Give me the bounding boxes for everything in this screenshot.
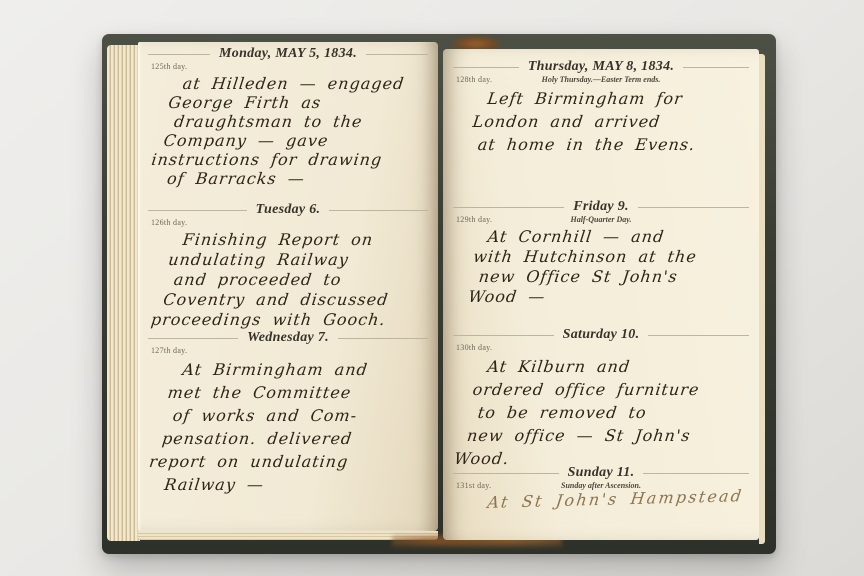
date-header: Friday 9. [564,199,638,215]
handwriting-line: George Firth as [157,93,435,112]
handwriting-line: At Kilburn and [464,355,759,378]
handwriting-line: Company — gave [153,131,431,150]
section-header-row: Friday 9. [443,199,759,215]
handwriting-line: ordered office furniture [461,378,756,401]
handwritten-entry: At Kilburn andordered office furnitureto… [443,355,759,470]
diary-section-wednesday: Wednesday 7. 127th day. At Birmingham an… [138,330,438,496]
handwriting-line: of works and Com- [154,404,433,427]
diary-section-tuesday: Tuesday 6. 126th day. Finishing Report o… [138,202,438,330]
handwriting-line: to be removed to [459,401,754,424]
header-rule [338,338,428,339]
cover-wear-stain-top [450,36,502,49]
handwriting-line: and proceeded to [155,270,433,290]
header-rule [453,335,554,336]
handwriting-line: Left Birmingham for [464,87,759,110]
handwriting-line: London and arrived [461,110,756,133]
header-rule [148,54,210,55]
handwritten-entry: At Birmingham andmet the Committeeof wor… [138,358,438,496]
section-meta-row: 127th day. [138,346,438,356]
handwriting-line: report on undulating [148,450,427,473]
section-header-row: Sunday 11. [443,465,759,481]
handwriting-line: draughtsman to the [155,112,433,131]
handwriting-line: met the Committee [156,381,435,404]
section-meta-row: 128th day. Holy Thursday.—Easter Term en… [443,75,759,85]
calendar-note: Half-Quarter Day. [443,215,759,224]
diary-section-monday: Monday, MAY 5, 1834. 125th day. at Hille… [138,46,438,188]
handwriting-line: new office — St John's [456,424,751,447]
header-rule [683,67,749,68]
header-rule [648,335,749,336]
day-number-label: 130th day. [456,343,492,352]
diary-section-saturday: Saturday 10. 130th day. At Kilburn andor… [443,327,759,470]
header-rule [329,210,428,211]
section-header-row: Thursday, MAY 8, 1834. [443,59,759,75]
header-rule [453,473,559,474]
section-header-row: Tuesday 6. [138,202,438,218]
photo-background: Monday, MAY 5, 1834. 125th day. at Hille… [0,0,864,576]
handwriting-line: Coventry and discussed [152,290,430,310]
handwriting-line: proceedings with Gooch. [150,310,428,330]
header-rule [148,338,238,339]
diary-book: Monday, MAY 5, 1834. 125th day. at Hille… [102,34,776,554]
left-page: Monday, MAY 5, 1834. 125th day. at Hille… [138,42,438,531]
handwriting-line: of Barracks — [148,169,426,188]
section-meta-row: 125th day. [138,62,438,72]
header-rule [453,207,564,208]
handwriting-line: At Birmingham and [159,358,438,381]
handwriting-line: at home in the Evens. [459,133,754,156]
handwritten-entry: at Hilleden — engagedGeorge Firth asdrau… [138,74,438,188]
handwriting-line: new Office St John's [460,267,754,287]
section-header-row: Saturday 10. [443,327,759,343]
section-header-row: Wednesday 7. [138,330,438,346]
date-header: Wednesday 7. [238,330,338,346]
header-rule [453,67,519,68]
right-page: Thursday, MAY 8, 1834. 128th day. Holy T… [443,49,759,540]
handwritten-entry: Finishing Report onundulating Railwayand… [138,230,438,330]
section-meta-row: 126th day. [138,218,438,228]
day-number-label: 126th day. [151,218,187,227]
date-header: Monday, MAY 5, 1834. [210,46,366,62]
date-header: Sunday 11. [559,465,644,481]
date-header: Tuesday 6. [247,202,330,218]
handwriting-line: Railway — [145,473,424,496]
handwriting-line: at Hilleden — engaged [160,74,438,93]
day-number-label: 125th day. [151,62,187,71]
diary-section-sunday: Sunday 11. 131st day. Sunday after Ascen… [443,465,759,514]
section-meta-row: 130th day. [443,343,759,353]
handwriting-line: undulating Railway [157,250,435,270]
handwritten-entry: Left Birmingham forLondon and arrivedat … [443,87,759,156]
diary-section-friday: Friday 9. 129th day. Half-Quarter Day. A… [443,199,759,307]
section-meta-row: 129th day. Half-Quarter Day. [443,215,759,225]
header-rule [148,210,247,211]
header-rule [638,207,749,208]
handwriting-line: pensation. delivered [151,427,430,450]
date-header: Saturday 10. [554,327,649,343]
date-header: Thursday, MAY 8, 1834. [519,59,683,75]
handwriting-line: Finishing Report on [160,230,438,250]
handwriting-line: instructions for drawing [150,150,428,169]
handwriting-line: with Hutchinson at the [462,247,756,267]
page-edges-left [107,45,140,541]
handwriting-line: Wood — [457,287,751,307]
header-rule [643,473,749,474]
header-rule [366,54,428,55]
day-number-label: 127th day. [151,346,187,355]
calendar-note: Holy Thursday.—Easter Term ends. [443,75,759,84]
handwritten-entry: At Cornhill — andwith Hutchinson at then… [443,227,759,307]
diary-section-thursday: Thursday, MAY 8, 1834. 128th day. Holy T… [443,59,759,156]
handwriting-line: At Cornhill — and [465,227,759,247]
section-header-row: Monday, MAY 5, 1834. [138,46,438,62]
page-edge-right [759,54,765,544]
